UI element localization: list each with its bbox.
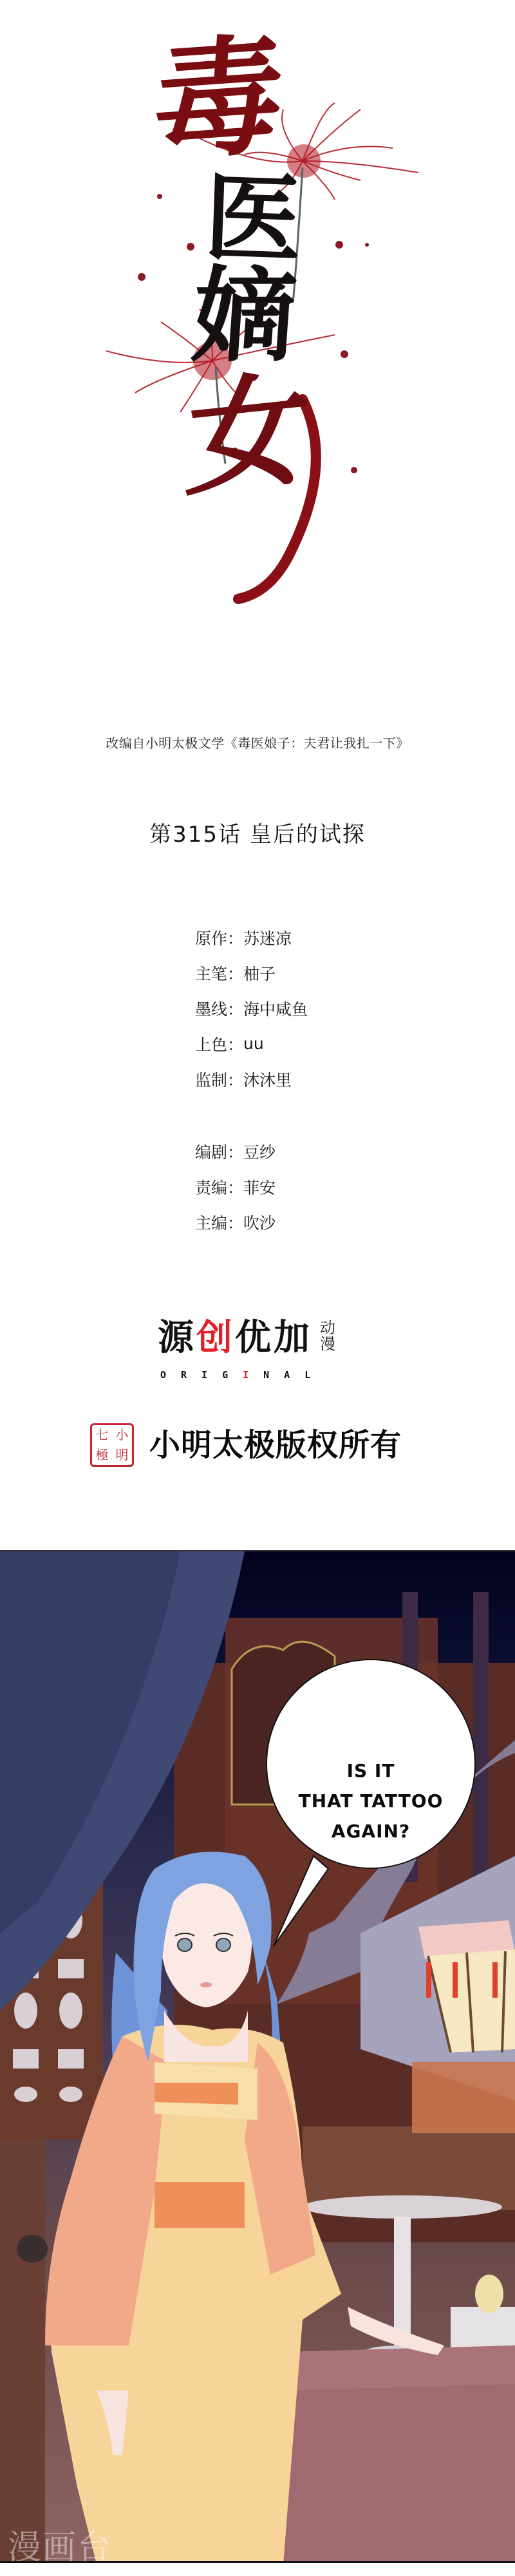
speech-bubble-text: IS IT THAT TATTOO AGAIN?	[266, 1756, 476, 1846]
seal-char: 七	[92, 1425, 112, 1445]
seal-stamp-icon: 七 小 極 明	[90, 1423, 134, 1467]
credit-label: 原作	[195, 926, 243, 949]
watermark-text: 漫画台	[8, 2520, 112, 2568]
publisher-logo-side-text: 动漫	[320, 1320, 337, 1352]
credit-value: 豆纱	[243, 1140, 276, 1163]
logo-char: 优加	[235, 1317, 312, 1359]
logo-char-2: 医	[203, 169, 303, 269]
bubble-line: THAT TATTOO	[266, 1786, 476, 1816]
credit-value: 沐沐里	[243, 1068, 292, 1091]
title-calligraphy-logo: 毒 医 嫡 女	[0, 0, 515, 683]
subtitle-part: ORIG	[160, 1369, 243, 1381]
credit-label: 主编	[195, 1211, 243, 1234]
bubble-line: AGAIN?	[266, 1816, 476, 1846]
logo-char: 源	[158, 1317, 196, 1359]
logo-char-4: 女	[183, 366, 313, 503]
credit-screenwriter: 编剧 豆纱	[195, 1133, 308, 1169]
credit-value: 海中咸鱼	[243, 997, 308, 1020]
bubble-line: IS IT	[266, 1756, 476, 1786]
credits-list: 原作 苏迷凉 主笔 柚子 墨线 海中咸鱼 上色 uu 监制 沐沐里 编剧 豆纱 …	[195, 920, 308, 1240]
publisher-logo-wordmark: 源创优加	[158, 1320, 312, 1356]
credit-label: 墨线	[195, 997, 243, 1020]
logo-char-3: 嫡	[189, 264, 299, 367]
publisher-logo: 源创优加 动漫 ORIGINAL	[158, 1320, 344, 1385]
copyright-notice: 七 小 極 明 小明太极版权所有	[90, 1423, 438, 1488]
credit-editor: 责编 菲安	[195, 1169, 308, 1204]
credit-coloring: 上色 uu	[195, 1026, 308, 1061]
credit-label: 责编	[195, 1175, 243, 1198]
seal-char: 極	[92, 1445, 112, 1465]
seal-char: 小	[112, 1425, 132, 1445]
subtitle-accent: I	[243, 1369, 263, 1381]
credit-line-art: 墨线 海中咸鱼	[195, 990, 308, 1026]
chapter-title: 第315话 皇后的试探	[0, 817, 515, 848]
credit-label: 编剧	[195, 1140, 243, 1163]
seal-char: 明	[112, 1445, 132, 1465]
credit-value: uu	[243, 1034, 264, 1053]
credit-lead-artist: 主笔 柚子	[195, 955, 308, 990]
credit-supervisor: 监制 沐沐里	[195, 1061, 308, 1097]
credit-value: 柚子	[243, 961, 276, 985]
credit-original-author: 原作 苏迷凉	[195, 920, 308, 955]
credit-value: 苏迷凉	[243, 926, 292, 949]
credit-chief-editor: 主编 吹沙	[195, 1204, 308, 1240]
copyright-text: 小明太极版权所有	[149, 1425, 402, 1466]
logo-char-1: 毒	[150, 30, 288, 169]
credit-value: 菲安	[243, 1175, 276, 1198]
credit-value: 吹沙	[243, 1211, 276, 1234]
logo-char-accent: 创	[196, 1317, 235, 1359]
credit-label: 上色	[195, 1032, 243, 1056]
credit-label: 主笔	[195, 961, 243, 985]
credits-spacer	[195, 1097, 308, 1133]
publisher-logo-subtitle: ORIGINAL	[160, 1369, 325, 1381]
credit-label: 监制	[195, 1068, 243, 1091]
subtitle-part: NAL	[263, 1369, 325, 1381]
source-attribution: 改编自小明太极文学《毒医娘子：夫君让我扎一下》	[0, 733, 515, 752]
